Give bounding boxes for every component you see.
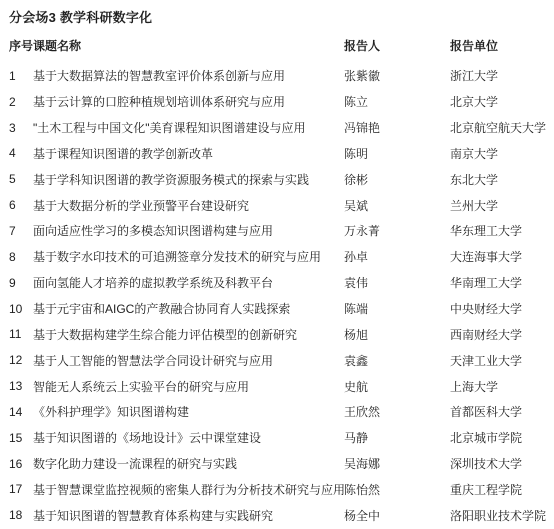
header-no: 序号	[9, 37, 33, 54]
row-number: 15	[9, 431, 33, 445]
row-number: 5	[9, 172, 33, 186]
row-unit: 上海大学	[450, 378, 554, 395]
row-presenter: 吴海娜	[344, 455, 450, 472]
row-unit: 华南理工大学	[450, 274, 554, 291]
row-unit: 华东理工大学	[450, 222, 554, 239]
row-topic: 面向适应性学习的多模态知识图谱构建与应用	[33, 222, 344, 239]
row-topic: 基于知识图谱的智慧教育体系构建与实践研究	[33, 507, 344, 524]
row-number: 7	[9, 224, 33, 238]
row-number: 9	[9, 276, 33, 290]
row-presenter: 吴斌	[344, 197, 450, 214]
row-presenter: 张紫徽	[344, 67, 450, 84]
row-topic: 基于大数据算法的智慧教室评价体系创新与应用	[33, 67, 344, 84]
row-number: 1	[9, 69, 33, 83]
table-row: 13 智能无人系统云上实验平台的研究与应用 史航 上海大学	[0, 373, 554, 399]
row-presenter: 袁伟	[344, 274, 450, 291]
row-presenter: 史航	[344, 378, 450, 395]
row-unit: 重庆工程学院	[450, 481, 554, 498]
row-topic: 基于人工智能的智慧法学合同设计研究与应用	[33, 352, 344, 369]
row-number: 18	[9, 508, 33, 522]
row-unit: 东北大学	[450, 171, 554, 188]
row-presenter: 杨旭	[344, 326, 450, 343]
table-row: 1 基于大数据算法的智慧教室评价体系创新与应用 张紫徽 浙江大学	[0, 63, 554, 89]
row-topic: 数字化助力建设一流课程的研究与实践	[33, 455, 344, 472]
table-row: 16 数字化助力建设一流课程的研究与实践 吴海娜 深圳技术大学	[0, 451, 554, 477]
row-number: 2	[9, 95, 33, 109]
row-unit: 大连海事大学	[450, 248, 554, 265]
row-presenter: 徐彬	[344, 171, 450, 188]
row-unit: 北京城市学院	[450, 429, 554, 446]
row-unit: 中央财经大学	[450, 300, 554, 317]
row-number: 17	[9, 482, 33, 496]
row-presenter: 冯锦艳	[344, 119, 450, 136]
row-unit: 南京大学	[450, 145, 554, 162]
session-schedule-page: 分会场3 教学科研数字化 序号 课题名称 报告人 报告单位 1 基于大数据算法的…	[0, 0, 554, 529]
row-presenter: 万永菁	[344, 222, 450, 239]
row-unit: 首都医科大学	[450, 403, 554, 420]
row-number: 14	[9, 405, 33, 419]
row-topic: 基于大数据分析的学业预警平台建设研究	[33, 197, 344, 214]
row-unit: 浙江大学	[450, 67, 554, 84]
row-number: 8	[9, 250, 33, 264]
row-topic: 《外科护理学》知识图谱构建	[33, 403, 344, 420]
header-presenter: 报告人	[344, 37, 450, 54]
row-presenter: 陈立	[344, 93, 450, 110]
table-row: 5 基于学科知识图谱的教学资源服务模式的探索与实践 徐彬 东北大学	[0, 166, 554, 192]
table-rows: 1 基于大数据算法的智慧教室评价体系创新与应用 张紫徽 浙江大学 2 基于云计算…	[0, 63, 554, 528]
table-row: 11 基于大数据构建学生综合能力评估模型的创新研究 杨旭 西南财经大学	[0, 321, 554, 347]
row-number: 13	[9, 379, 33, 393]
row-topic: 基于智慧课堂监控视频的密集人群行为分析技术研究与应用	[33, 481, 344, 498]
row-number: 3	[9, 121, 33, 135]
row-topic: 基于大数据构建学生综合能力评估模型的创新研究	[33, 326, 344, 343]
row-presenter: 杨全中	[344, 507, 450, 524]
header-topic: 课题名称	[33, 37, 344, 54]
table-row: 3 "土木工程与中国文化"美育课程知识图谱建设与应用 冯锦艳 北京航空航天大学	[0, 115, 554, 141]
row-topic: 基于知识图谱的《场地设计》云中课堂建设	[33, 429, 344, 446]
row-unit: 西南财经大学	[450, 326, 554, 343]
table-row: 18 基于知识图谱的智慧教育体系构建与实践研究 杨全中 洛阳职业技术学院	[0, 502, 554, 528]
row-number: 12	[9, 353, 33, 367]
row-topic: 基于课程知识图谱的教学创新改革	[33, 145, 344, 162]
table-row: 8 基于数字水印技术的可追溯签章分发技术的研究与应用 孙卓 大连海事大学	[0, 244, 554, 270]
row-number: 16	[9, 457, 33, 471]
row-presenter: 王欣然	[344, 403, 450, 420]
row-topic: 基于云计算的口腔种植规划培训体系研究与应用	[33, 93, 344, 110]
row-presenter: 陈明	[344, 145, 450, 162]
table-row: 4 基于课程知识图谱的教学创新改革 陈明 南京大学	[0, 141, 554, 167]
row-unit: 北京大学	[450, 93, 554, 110]
row-topic: 智能无人系统云上实验平台的研究与应用	[33, 378, 344, 395]
page-title: 分会场3 教学科研数字化	[9, 7, 152, 26]
table-row: 2 基于云计算的口腔种植规划培训体系研究与应用 陈立 北京大学	[0, 89, 554, 115]
table-row: 14 《外科护理学》知识图谱构建 王欣然 首都医科大学	[0, 399, 554, 425]
table-row: 7 面向适应性学习的多模态知识图谱构建与应用 万永菁 华东理工大学	[0, 218, 554, 244]
row-presenter: 袁鑫	[344, 352, 450, 369]
row-number: 10	[9, 302, 33, 316]
table-row: 9 面向氢能人才培养的虚拟教学系统及科教平台 袁伟 华南理工大学	[0, 270, 554, 296]
table-row: 15 基于知识图谱的《场地设计》云中课堂建设 马静 北京城市学院	[0, 425, 554, 451]
row-presenter: 陈端	[344, 300, 450, 317]
table-header: 序号 课题名称 报告人 报告单位	[0, 32, 554, 58]
table-row: 17 基于智慧课堂监控视频的密集人群行为分析技术研究与应用 陈怡然 重庆工程学院	[0, 477, 554, 503]
row-unit: 深圳技术大学	[450, 455, 554, 472]
table-row: 6 基于大数据分析的学业预警平台建设研究 吴斌 兰州大学	[0, 192, 554, 218]
row-unit: 兰州大学	[450, 197, 554, 214]
row-presenter: 孙卓	[344, 248, 450, 265]
row-unit: 北京航空航天大学	[450, 119, 554, 136]
row-topic: 基于元宇宙和AIGC的产教融合协同育人实践探索	[33, 300, 344, 317]
row-number: 4	[9, 146, 33, 160]
table-row: 10 基于元宇宙和AIGC的产教融合协同育人实践探索 陈端 中央财经大学	[0, 296, 554, 322]
table-row: 12 基于人工智能的智慧法学合同设计研究与应用 袁鑫 天津工业大学	[0, 347, 554, 373]
header-unit: 报告单位	[450, 37, 554, 54]
row-number: 6	[9, 198, 33, 212]
row-unit: 天津工业大学	[450, 352, 554, 369]
row-topic: 面向氢能人才培养的虚拟教学系统及科教平台	[33, 274, 344, 291]
row-presenter: 陈怡然	[344, 481, 450, 498]
row-topic: 基于数字水印技术的可追溯签章分发技术的研究与应用	[33, 248, 344, 265]
row-unit: 洛阳职业技术学院	[450, 507, 554, 524]
row-topic: 基于学科知识图谱的教学资源服务模式的探索与实践	[33, 171, 344, 188]
row-number: 11	[9, 327, 33, 341]
row-topic: "土木工程与中国文化"美育课程知识图谱建设与应用	[33, 119, 344, 136]
row-presenter: 马静	[344, 429, 450, 446]
